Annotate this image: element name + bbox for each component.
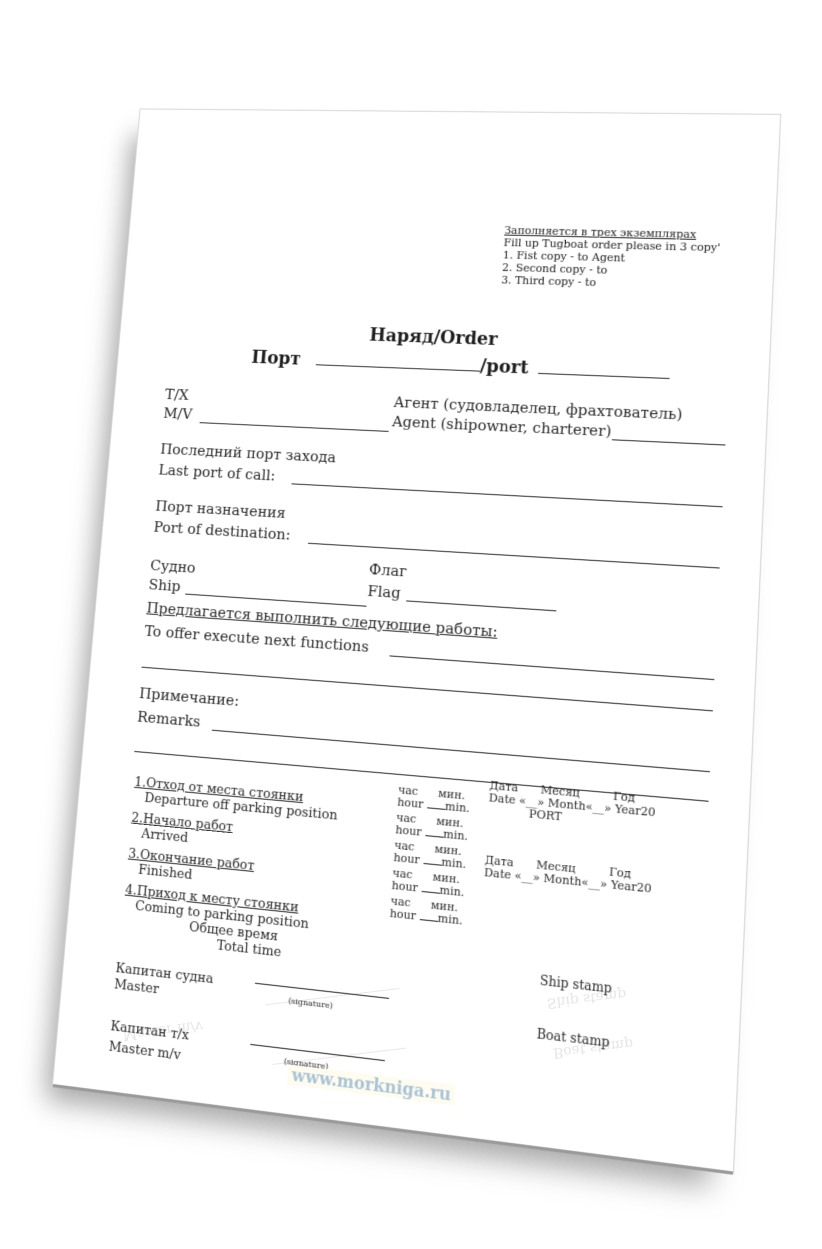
flag-label-ru: Флаг xyxy=(368,560,407,581)
document-stage: Заполняется в трех экземплярах Fill up T… xyxy=(0,0,822,1249)
hour-field[interactable] xyxy=(423,862,441,866)
destination-label-en: Port of destination: xyxy=(153,518,291,544)
last-port-label-en: Last port of call: xyxy=(158,461,276,485)
port-label-en: /port xyxy=(479,356,529,378)
signature-master: Капитан судна Master xyxy=(113,961,214,1005)
flag-label-en: Flag xyxy=(367,582,401,603)
hour-field[interactable] xyxy=(421,890,439,894)
copies-instructions: Заполняется в трех экземплярах Fill up T… xyxy=(501,224,721,292)
signature-master-mv: Капитан т/х Master m/v xyxy=(108,1017,190,1068)
min-label-en: min. xyxy=(443,827,469,843)
hour-label-en: hour xyxy=(393,851,420,867)
date-block-departure: ДатаМесяцГод Date «__» Month«__» Year20 … xyxy=(488,780,657,832)
functions-field[interactable] xyxy=(389,655,714,680)
remarks-field[interactable] xyxy=(212,730,710,773)
agent-field[interactable] xyxy=(612,439,726,445)
date-block-finished: ДатаМесяцГод Date «__» Month«__» Year20 xyxy=(484,854,653,895)
operations-list: 1.Отход от места стоянки Departure off p… xyxy=(121,775,340,966)
time-entry-5: часмин. hour min. xyxy=(389,895,464,927)
boat-stamp-label: Boat stamp xyxy=(536,1024,610,1053)
last-port-field[interactable] xyxy=(291,483,722,507)
time-entries: часмин. hour min. часмин. hour min. часм… xyxy=(389,784,471,931)
mv-field[interactable] xyxy=(200,422,389,432)
hour-field[interactable] xyxy=(425,834,443,838)
year-field[interactable]: Year20 xyxy=(610,878,652,896)
hour-field[interactable] xyxy=(419,918,437,922)
min-label-en: min. xyxy=(439,883,465,899)
time-entry-2: часмин. hour min. xyxy=(395,812,469,843)
watermark: www.morkniga.ru xyxy=(287,1064,456,1105)
ship-label-en: Ship xyxy=(148,576,181,596)
port-field-en[interactable] xyxy=(538,372,670,379)
tx-label: T/X xyxy=(164,386,189,405)
min-label-en: min. xyxy=(437,911,463,927)
hour-label-en: hour xyxy=(391,879,418,895)
min-label-en: min. xyxy=(441,855,467,871)
hour-label-en: hour xyxy=(397,795,424,811)
time-entry-1: часмин. hour min. xyxy=(397,784,471,815)
tugboat-order-form: Заполняется в трех экземплярах Fill up T… xyxy=(52,108,781,1173)
flag-field[interactable] xyxy=(406,600,556,611)
ship-label-ru: Судно xyxy=(150,556,197,577)
port-label-ru: Порт xyxy=(251,348,302,370)
remarks-label-en: Remarks xyxy=(136,708,201,732)
hour-label-en: hour xyxy=(395,823,422,839)
ship-stamp-label: Ship stamp xyxy=(539,971,612,999)
signature-hint: (signature) xyxy=(288,991,334,1016)
port-field-ru[interactable] xyxy=(316,363,480,371)
mv-label: M/V xyxy=(163,404,193,423)
hour-field[interactable] xyxy=(427,806,445,810)
min-label-en: min. xyxy=(445,800,471,816)
hour-label-en: hour xyxy=(389,907,416,923)
remarks-label-ru: Примечание: xyxy=(138,684,239,711)
document-title: Наряд/Order xyxy=(120,317,770,360)
